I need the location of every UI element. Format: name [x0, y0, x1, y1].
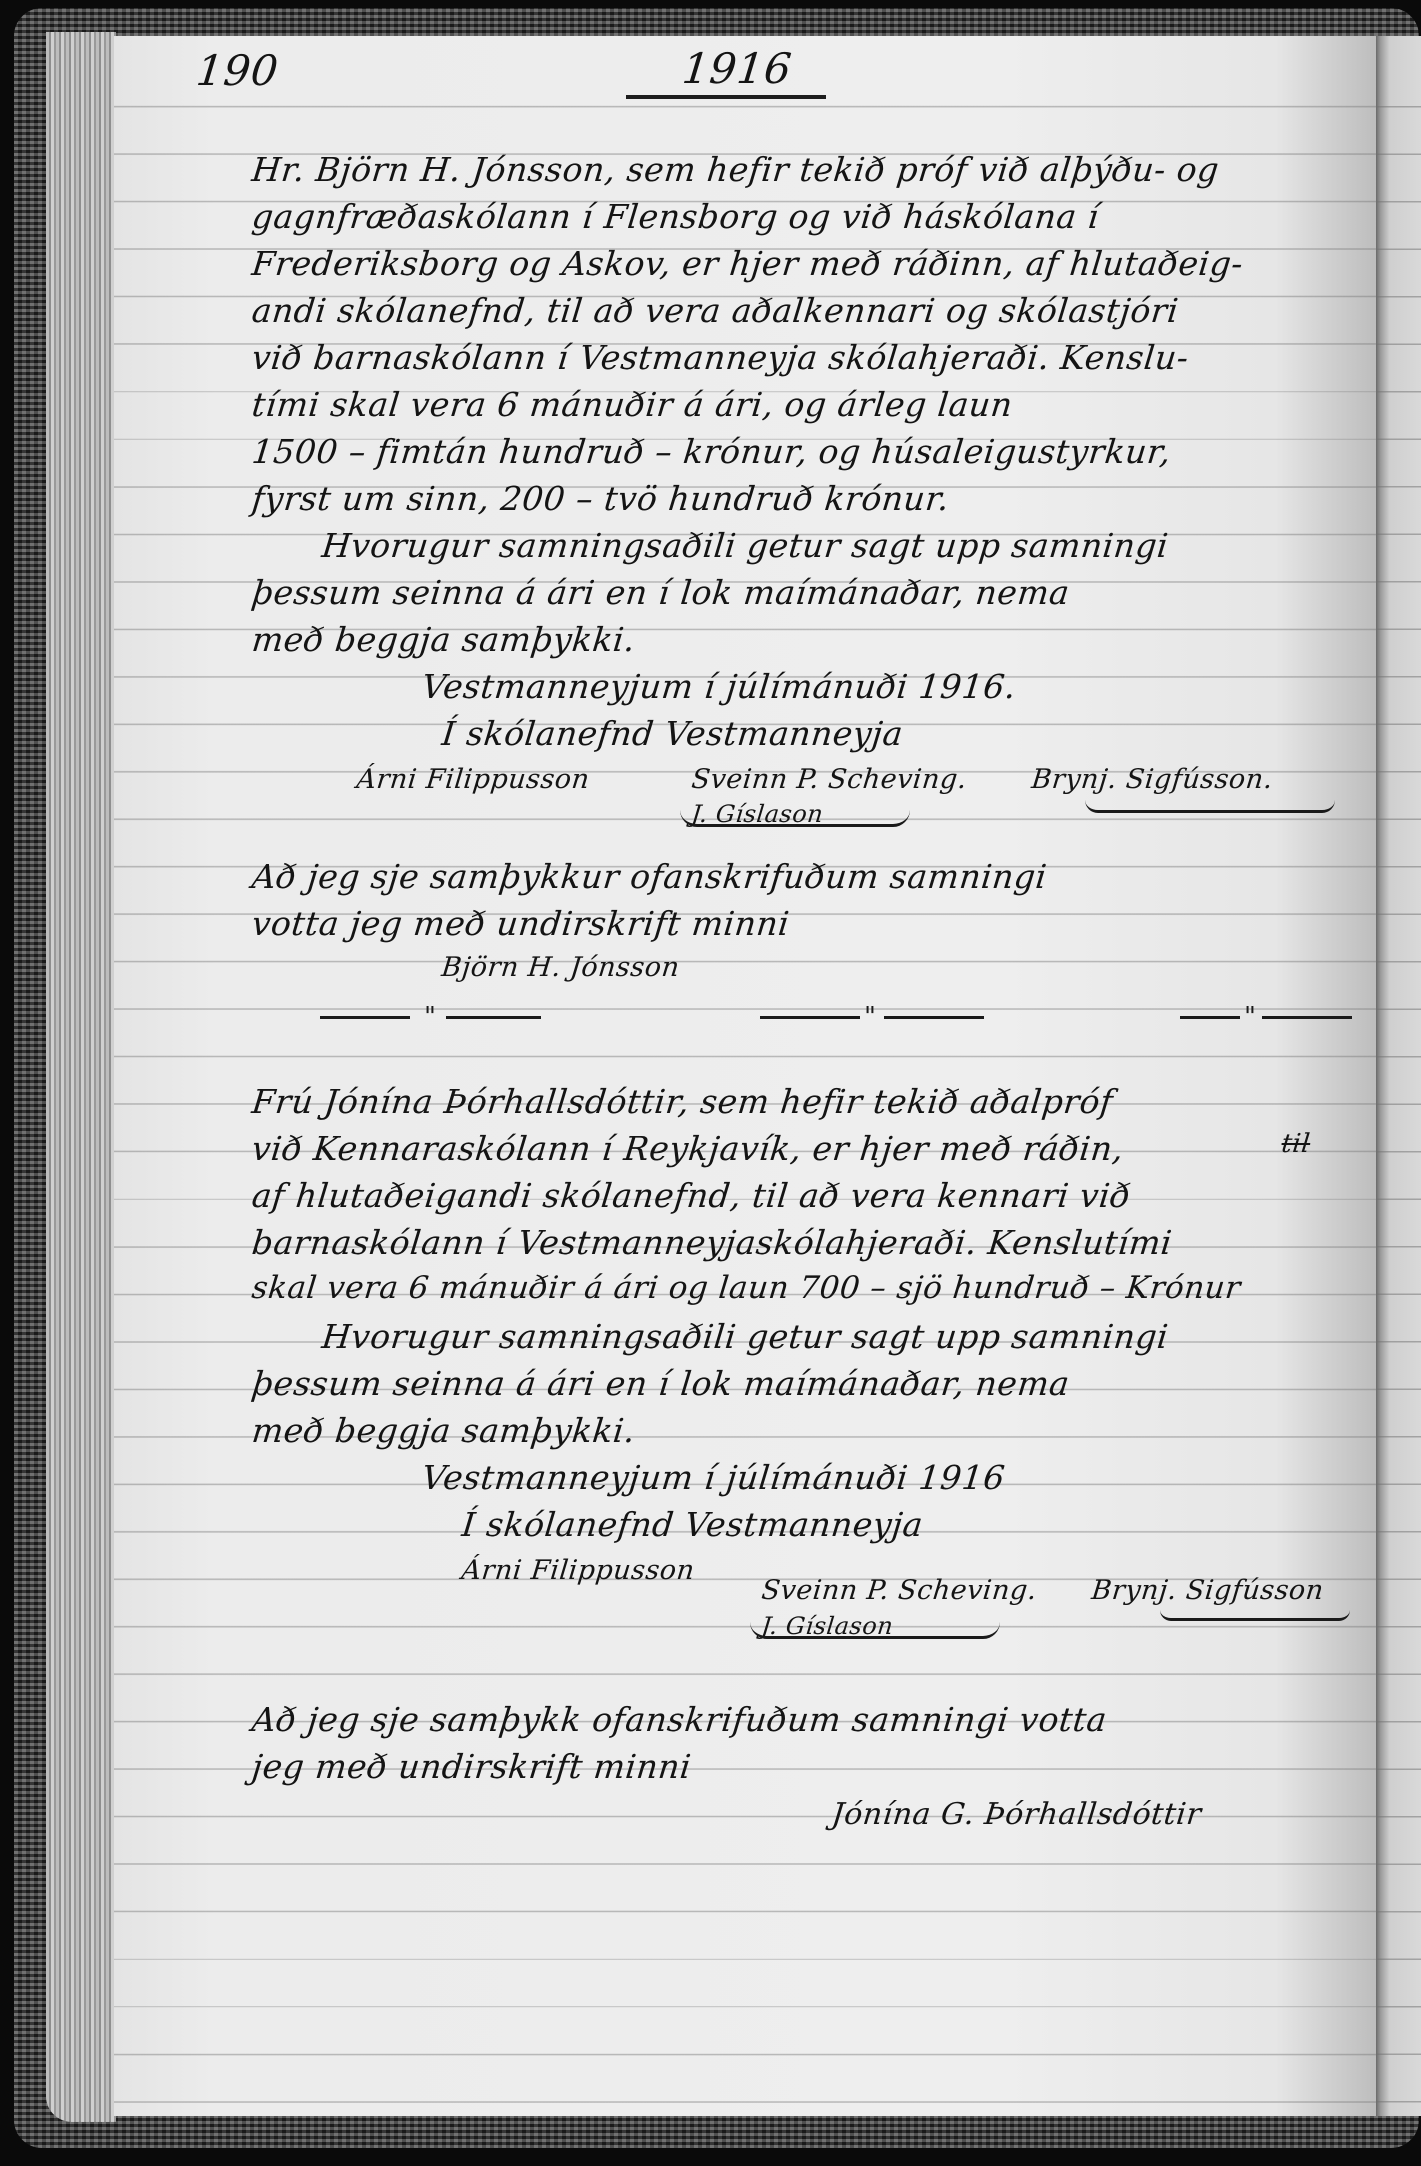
signature-brynj-sigfusson: Brynj. Sigfússon.	[1030, 764, 1274, 795]
contract-line: andi skólanefnd, til að vera aðalkennari…	[250, 291, 1181, 330]
consent-line: votta jeg með undirskrift minni	[250, 904, 791, 943]
signature-arni-filippusson: Árni Filippusson	[355, 764, 591, 795]
ditto-dash	[1180, 1016, 1240, 1019]
struck-word: til	[1280, 1129, 1312, 1159]
termination-clause-line: þessum seinna á ári en í lok maímánaðar,…	[250, 573, 1072, 612]
signature-flourish	[1085, 800, 1335, 813]
termination-clause-line: með beggja samþykki.	[250, 620, 637, 659]
signature-sveinn-scheving: Sveinn P. Scheving.	[760, 1575, 1038, 1606]
year-heading: 1916	[680, 44, 794, 93]
termination-clause-line: með beggja samþykki.	[250, 1411, 637, 1450]
ditto-dash	[1262, 1016, 1352, 1019]
page-number: 190	[194, 46, 281, 95]
contract-line: 1500 – fimtán hundruð – krónur, og húsal…	[250, 432, 1173, 471]
adjacent-page-gutter	[1376, 36, 1421, 2116]
contract-line: barnaskólann í Vestmanneyjaskólahjeraði.…	[250, 1223, 1174, 1262]
employee-signature-jonina-thorhallsdottir: Jónína G. Þórhallsdóttir	[830, 1797, 1203, 1832]
place-date: Vestmanneyjum í júlímánuði 1916	[420, 1458, 1007, 1497]
employee-signature-bjorn-jonsson: Björn H. Jónsson	[440, 952, 681, 983]
consent-line: Að jeg sje samþykk ofanskrifuðum samning…	[250, 1700, 1109, 1739]
contract-line: við Kennaraskólann í Reykjavík, er hjer …	[250, 1129, 1126, 1168]
contract-line: af hlutaðeigandi skólanefnd, til að vera…	[250, 1176, 1133, 1215]
heading-underline	[626, 95, 826, 99]
ditto-dash	[446, 1016, 541, 1019]
signature-brynj-sigfusson: Brynj. Sigfússon	[1090, 1575, 1325, 1606]
termination-clause-line: Hvorugur samningsaðili getur sagt upp sa…	[320, 526, 1170, 565]
contract-line: Frederiksborg og Askov, er hjer með ráði…	[250, 244, 1245, 283]
signature-flourish	[750, 1622, 1000, 1639]
signature-flourish	[680, 810, 910, 827]
contract-line: skal vera 6 mánuðir á ári og laun 700 – …	[250, 1270, 1243, 1306]
contract-line: fyrst um sinn, 200 – tvö hundruð krónur.	[250, 479, 951, 518]
place-date: Vestmanneyjum í júlímánuði 1916.	[420, 667, 1018, 706]
termination-clause-line: þessum seinna á ári en í lok maímánaðar,…	[250, 1364, 1072, 1403]
ditto-mark: "	[424, 1002, 436, 1032]
signature-sveinn-scheving: Sveinn P. Scheving.	[690, 764, 968, 795]
committee-heading: Í skólanefnd Vestmanneyja	[460, 1505, 925, 1544]
signature-arni-filippusson: Árni Filippusson	[460, 1555, 696, 1586]
contract-line: gagnfræðaskólann í Flensborg og við hásk…	[250, 197, 1101, 236]
contract-line: við barnaskólann í Vestmanneyja skólahje…	[250, 338, 1191, 377]
consent-line: Að jeg sje samþykkur ofanskrifuðum samni…	[250, 857, 1049, 896]
ditto-dash	[884, 1016, 984, 1019]
ditto-dash	[760, 1016, 860, 1019]
contract-line: Hr. Björn H. Jónsson, sem hefir tekið pr…	[250, 150, 1221, 189]
contract-line: Frú Jónína Þórhallsdóttir, sem hefir tek…	[250, 1082, 1115, 1121]
contract-line: tími skal vera 6 mánuðir á ári, og árleg…	[250, 385, 1015, 424]
consent-line: jeg með undirskrift minni	[250, 1747, 693, 1786]
signature-flourish	[1160, 1610, 1350, 1621]
termination-clause-line: Hvorugur samningsaðili getur sagt upp sa…	[320, 1317, 1170, 1356]
ditto-dash	[320, 1016, 410, 1019]
page-edges	[46, 32, 116, 2122]
ditto-mark: "	[864, 1002, 876, 1032]
ditto-mark: "	[1244, 1002, 1256, 1032]
committee-heading: Í skólanefnd Vestmanneyja	[440, 714, 905, 753]
